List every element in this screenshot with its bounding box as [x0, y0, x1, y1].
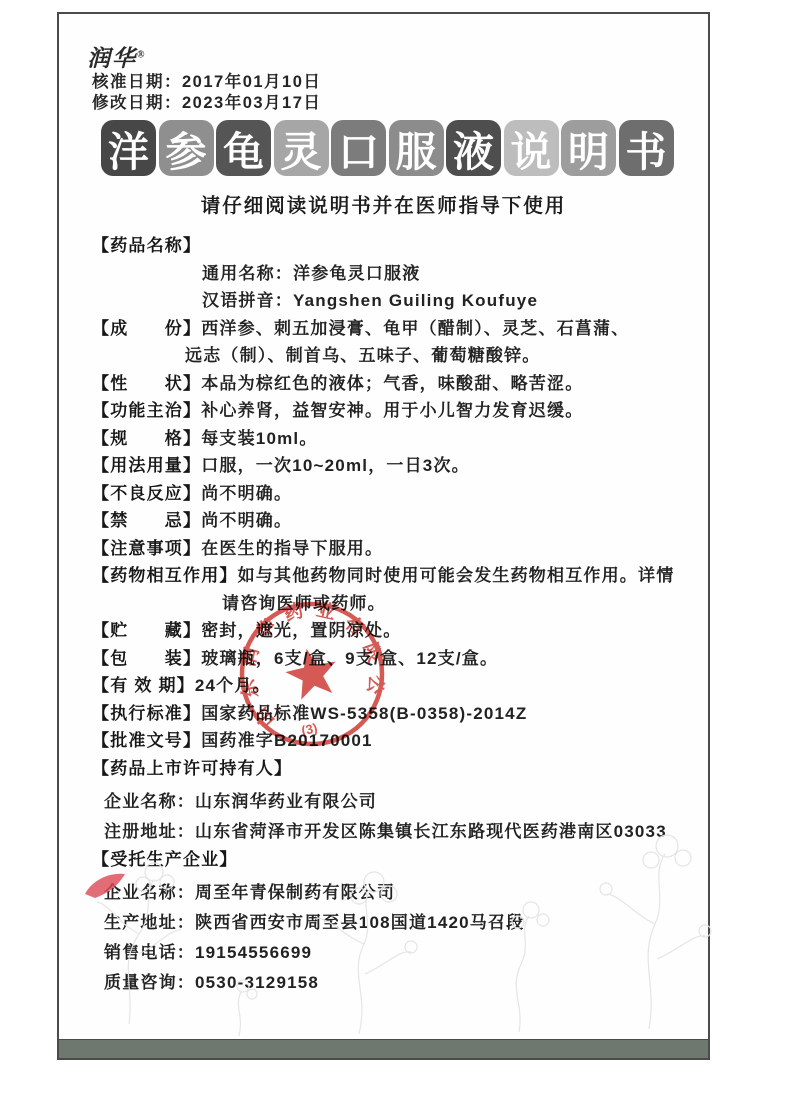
section-text: 西洋参、刺五加浸膏、龟甲（醋制）、灵芝、石菖蒲、: [201, 319, 629, 338]
section-text: 销售电话：19154556699: [104, 943, 312, 962]
section-label: 【规 格】: [92, 429, 201, 448]
leaflet-body: 【药品名称】 通用名称：洋参龟灵口服液 汉语拼音：Yangshen Guilin…: [92, 232, 690, 997]
usage-notice: 请仔细阅读说明书并在医师指导下使用: [59, 190, 708, 218]
title-tile: 洋: [101, 120, 156, 176]
brand-logo: 润华®: [87, 40, 146, 73]
revision-date: 修改日期：2023年03月17日: [92, 93, 321, 114]
section-label: 【注意事项】: [92, 539, 201, 558]
seal-star-icon: [281, 643, 341, 701]
section-text: 通用名称：洋参龟灵口服液: [202, 264, 420, 283]
line-holder-company: 企业名称：山东润华药业有限公司: [92, 788, 690, 816]
line-production-address: 生产地址：陕西省西安市周至县108国道1420马召段: [92, 909, 690, 937]
section-label: 【不良反应】: [92, 484, 201, 503]
line-manufacturer-company: 企业名称：周至年青保制药有限公司: [92, 879, 690, 907]
section-label: 【批准文号】: [92, 731, 201, 750]
title-banner: 洋 参 龟 灵 口 服 液 说 明 书: [101, 120, 681, 176]
section-text: 企业名称：周至年青保制药有限公司: [104, 883, 395, 902]
section-label: 【药物相互作用】: [92, 566, 238, 585]
section-text: 汉语拼音：Yangshen Guiling Koufuye: [202, 291, 538, 310]
line-sales-phone: 销售电话：19154556699: [92, 939, 690, 967]
company-seal-stamp: 山东润华药业有限公司 (3): [217, 579, 407, 769]
line-ingredients-continued: 远志（制）、制首乌、五味子、葡萄糖酸锌。: [92, 342, 690, 370]
section-entrusted-manufacturer: 【受托生产企业】: [92, 846, 690, 874]
title-tile: 服: [389, 120, 444, 176]
section-text: 企业名称：山东润华药业有限公司: [104, 792, 377, 811]
section-text: 每支装10ml。: [201, 429, 317, 448]
section-label: 【包 装】: [92, 649, 201, 668]
section-text: 尚不明确。: [201, 511, 292, 530]
section-label: 【用法用量】: [92, 456, 201, 475]
section-license-holder: 【药品上市许可持有人】: [92, 755, 690, 783]
section-text: 质量咨询：0530-3129158: [104, 973, 319, 992]
title-tile: 说: [504, 120, 559, 176]
section-specification: 【规 格】每支装10ml。: [92, 425, 690, 453]
header-dates: 核准日期：2017年01月10日 修改日期：2023年03月17日: [92, 72, 321, 114]
title-tile: 口: [331, 120, 386, 176]
line-generic-name: 通用名称：洋参龟灵口服液: [92, 260, 690, 288]
section-storage: 【贮 藏】密封，遮光，置阴凉处。: [92, 617, 690, 645]
line-quality-phone: 质量咨询：0530-3129158: [92, 969, 690, 997]
section-text: 注册地址：山东省菏泽市开发区陈集镇长江东路现代医药港南区03033: [104, 822, 667, 841]
title-tile: 书: [619, 120, 674, 176]
section-contraindications: 【禁 忌】尚不明确。: [92, 507, 690, 535]
section-label: 【功能主治】: [92, 401, 201, 420]
section-text: 生产地址：陕西省西安市周至县108国道1420马召段: [104, 913, 524, 932]
red-smudge: [81, 864, 129, 904]
section-label: 【禁 忌】: [92, 511, 201, 530]
section-precautions: 【注意事项】在医生的指导下服用。: [92, 535, 690, 563]
section-drug-interactions: 【药物相互作用】如与其他药物同时使用可能会发生药物相互作用。详情: [92, 562, 690, 590]
leaflet-page: 润华® 核准日期：2017年01月10日 修改日期：2023年03月17日 洋 …: [57, 12, 710, 1060]
section-text: 本品为棕红色的液体；气香，味酸甜、略苦涩。: [201, 374, 583, 393]
section-adverse-reactions: 【不良反应】尚不明确。: [92, 480, 690, 508]
section-drug-name: 【药品名称】: [92, 232, 690, 260]
title-tile: 龟: [216, 120, 271, 176]
section-text: 口服，一次10~20ml，一日3次。: [201, 456, 470, 475]
section-label: 【成 份】: [92, 319, 201, 338]
section-label: 【贮 藏】: [92, 621, 201, 640]
title-tile: 明: [561, 120, 616, 176]
line-interactions-continued: 请咨询医师或药师。: [92, 590, 690, 618]
title-tile: 液: [446, 120, 501, 176]
section-functions: 【功能主治】补心养肾，益智安神。用于小儿智力发育迟缓。: [92, 397, 690, 425]
section-label: 【药品名称】: [92, 236, 201, 255]
section-properties: 【性 状】本品为棕红色的液体；气香，味酸甜、略苦涩。: [92, 370, 690, 398]
section-label: 【有 效 期】: [92, 676, 195, 695]
line-registered-address: 注册地址：山东省菏泽市开发区陈集镇长江东路现代医药港南区03033: [92, 818, 690, 846]
brand-logo-text: 润华: [87, 46, 137, 71]
section-ingredients: 【成 份】西洋参、刺五加浸膏、龟甲（醋制）、灵芝、石菖蒲、: [92, 315, 690, 343]
section-text: 在医生的指导下服用。: [201, 539, 383, 558]
section-label: 【性 状】: [92, 374, 201, 393]
section-text: 补心养肾，益智安神。用于小儿智力发育迟缓。: [201, 401, 583, 420]
smudge-shape: [85, 874, 125, 898]
registered-trademark-icon: ®: [137, 49, 146, 60]
title-tile: 灵: [274, 120, 329, 176]
approval-date: 核准日期：2017年01月10日: [92, 72, 321, 93]
seal-number: (3): [300, 720, 319, 738]
section-dosage: 【用法用量】口服，一次10~20ml，一日3次。: [92, 452, 690, 480]
bottom-band: [59, 1039, 708, 1058]
section-text: 尚不明确。: [201, 484, 292, 503]
title-tile: 参: [159, 120, 214, 176]
section-text: 远志（制）、制首乌、五味子、葡萄糖酸锌。: [185, 346, 541, 365]
section-text: 如与其他药物同时使用可能会发生药物相互作用。详情: [238, 566, 675, 585]
section-label: 【执行标准】: [92, 704, 201, 723]
line-pinyin: 汉语拼音：Yangshen Guiling Koufuye: [92, 287, 690, 315]
